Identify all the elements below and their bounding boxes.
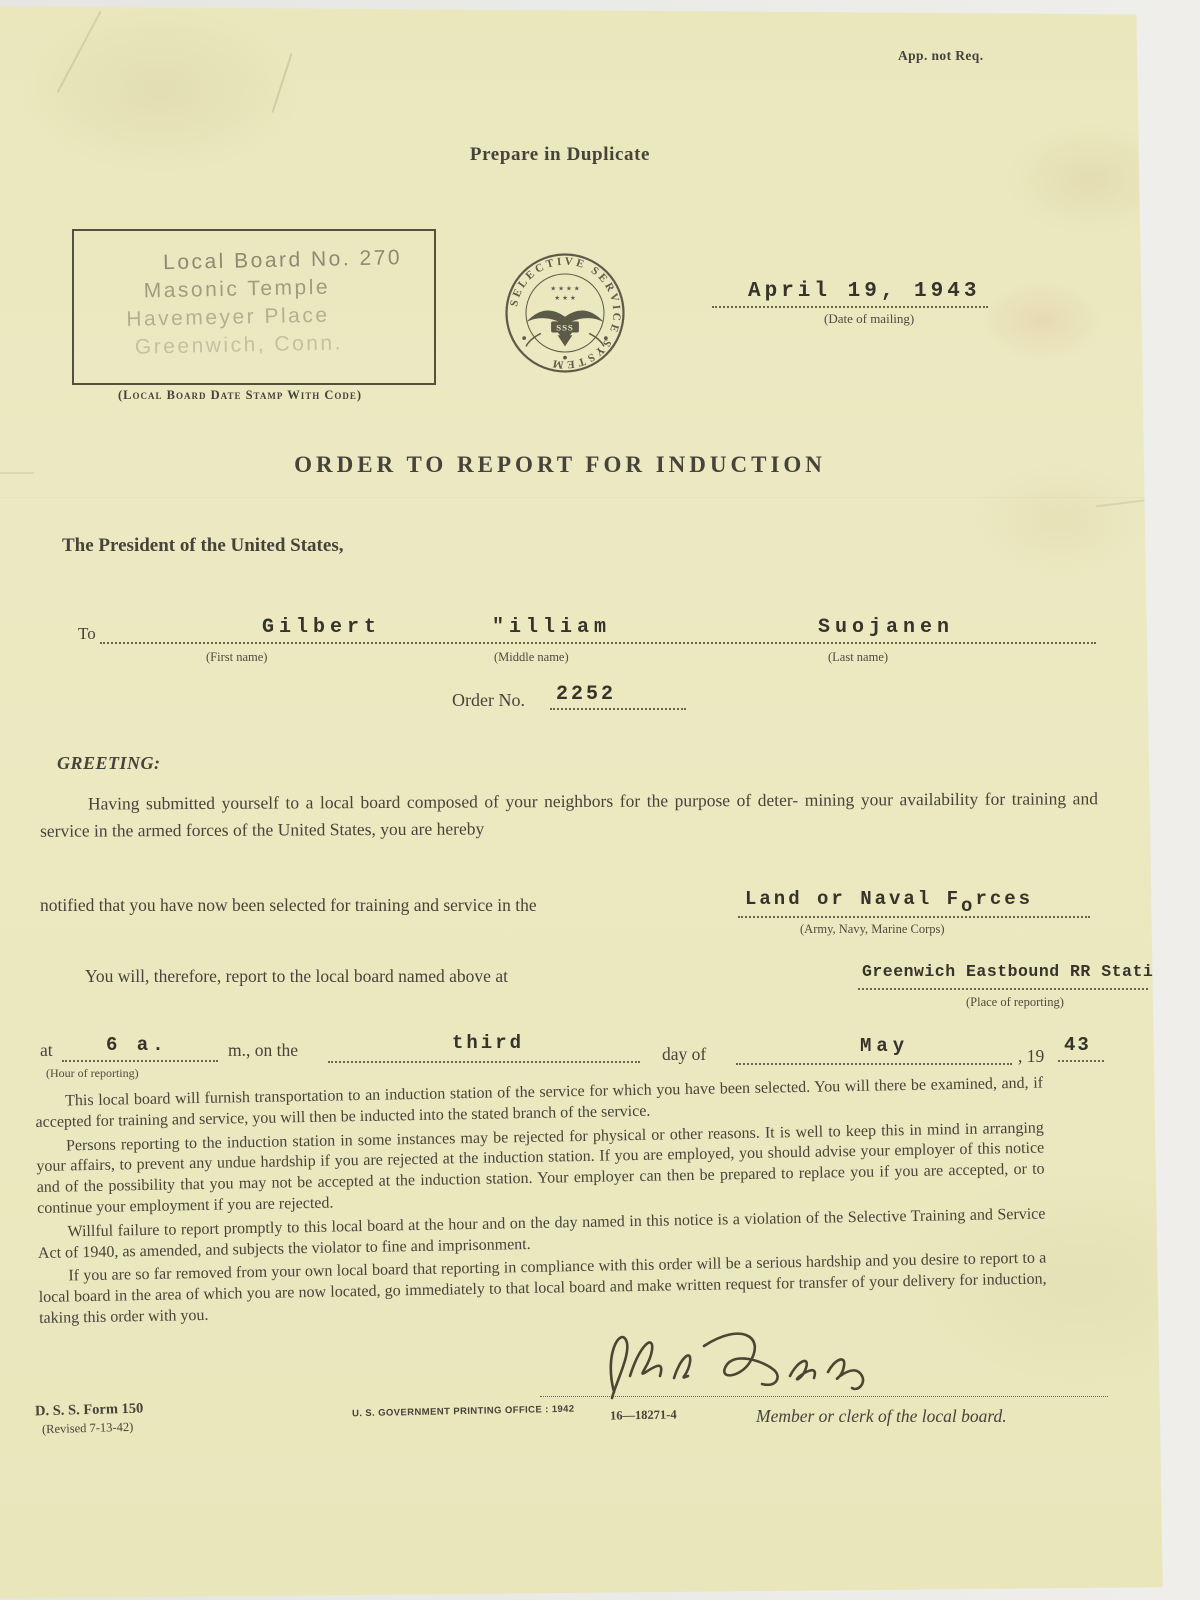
branch-part: Land or Naval F xyxy=(745,888,961,910)
branch-part: rces xyxy=(975,888,1033,910)
hour-value: 6 a. xyxy=(106,1034,168,1056)
seal-monogram: SSS xyxy=(556,323,574,333)
signature-line xyxy=(540,1396,1108,1397)
last-name-value: Suojanen xyxy=(818,616,954,639)
day-line xyxy=(328,1061,640,1063)
year-line xyxy=(1058,1060,1104,1062)
report-place-label: (Place of reporting) xyxy=(966,995,1064,1010)
selective-service-seal-icon: SELECTIVE SERVICE SYSTEM ★ ★ ★ ★ ★ ★ ★ S… xyxy=(500,248,630,378)
document-title: ORDER TO REPORT FOR INDUCTION xyxy=(155,452,965,478)
intro-paragraph: Having submitted yourself to a local boa… xyxy=(40,785,1098,845)
svg-text:SELECTIVE SERVICE SYSTEM: SELECTIVE SERVICE SYSTEM xyxy=(508,255,622,370)
gpo-imprint: U. S. GOVERNMENT PRINTING OFFICE : 1942 xyxy=(352,1404,575,1420)
prepare-in-duplicate-note: Prepare in Duplicate xyxy=(400,144,720,166)
first-name-value: Gilbert xyxy=(262,616,381,639)
print-code: 16—18271-4 xyxy=(610,1407,677,1423)
body-paragraphs: This local board will furnish transporta… xyxy=(35,1074,1047,1333)
time-day-of: day of xyxy=(662,1044,706,1065)
service-branch-value: Land or Naval Forces xyxy=(745,888,1033,910)
local-board-stamp-box: Local Board No. 270 Masonic Temple Havem… xyxy=(72,229,436,385)
edge-crease xyxy=(0,472,34,474)
fold-crease xyxy=(57,11,102,93)
last-name-label: (Last name) xyxy=(828,650,888,665)
middle-name-value: "illiam xyxy=(492,616,611,639)
year-value: 43 xyxy=(1064,1034,1091,1056)
report-place-line xyxy=(858,988,1148,990)
time-at: at xyxy=(40,1040,53,1061)
to-label: To xyxy=(78,624,96,644)
form-revision: (Revised 7-13-42) xyxy=(42,1420,134,1437)
stamp-line: Greenwich, Conn. xyxy=(135,328,404,362)
approval-note: App. not Req. xyxy=(898,48,983,64)
fold-crease xyxy=(271,53,292,113)
form-number: D. S. S. Form 150 xyxy=(35,1401,144,1421)
mailing-date-label: (Date of mailing) xyxy=(824,311,914,327)
first-name-label: (First name) xyxy=(206,650,267,665)
order-no-value: 2252 xyxy=(556,683,616,706)
report-line-prefix: You will, therefore, report to the local… xyxy=(85,966,508,987)
branch-dropped-letter: o xyxy=(961,895,975,917)
president-line: The President of the United States, xyxy=(62,535,343,557)
body-paragraph: Persons reporting to the induction stati… xyxy=(36,1118,1045,1220)
service-branch-line xyxy=(738,916,1090,918)
seal-ring-text: SELECTIVE SERVICE SYSTEM xyxy=(508,255,622,370)
scanned-document: App. not Req. Prepare in Duplicate Local… xyxy=(0,0,1200,1600)
day-value: third xyxy=(452,1032,524,1054)
time-19: , 19 xyxy=(1018,1046,1044,1067)
rubber-stamp-text: Local Board No. 270 Masonic Temple Havem… xyxy=(125,244,404,362)
middle-name-label: (Middle name) xyxy=(494,650,569,665)
month-value: May xyxy=(860,1035,909,1057)
paper-sheet: App. not Req. Prepare in Duplicate Local… xyxy=(0,0,1200,1600)
month-line xyxy=(736,1063,1012,1065)
hour-label: (Hour of reporting) xyxy=(46,1066,139,1081)
horizontal-crease xyxy=(0,497,1150,498)
mailing-date-value: April 19, 1943 xyxy=(748,280,980,303)
report-place-value: Greenwich Eastbound RR Station xyxy=(862,962,1174,981)
svg-text:★ ★ ★: ★ ★ ★ xyxy=(554,294,576,302)
greeting-label: GREETING: xyxy=(57,753,161,774)
hour-line xyxy=(62,1060,218,1062)
order-no-label: Order No. xyxy=(452,690,525,711)
mailing-date-line xyxy=(712,306,988,308)
signer-title: Member or clerk of the local board. xyxy=(756,1406,1007,1427)
service-branch-label: (Army, Navy, Marine Corps) xyxy=(800,922,945,937)
stamp-box-caption: (Local Board Date Stamp With Code) xyxy=(118,388,362,403)
order-no-line xyxy=(550,708,686,710)
svg-text:★ ★ ★ ★: ★ ★ ★ ★ xyxy=(550,285,580,293)
edge-crease xyxy=(1096,499,1152,508)
name-line xyxy=(100,642,1096,644)
time-m-on-the: m., on the xyxy=(228,1040,298,1061)
service-line-prefix: notified that you have now been selected… xyxy=(40,895,537,916)
